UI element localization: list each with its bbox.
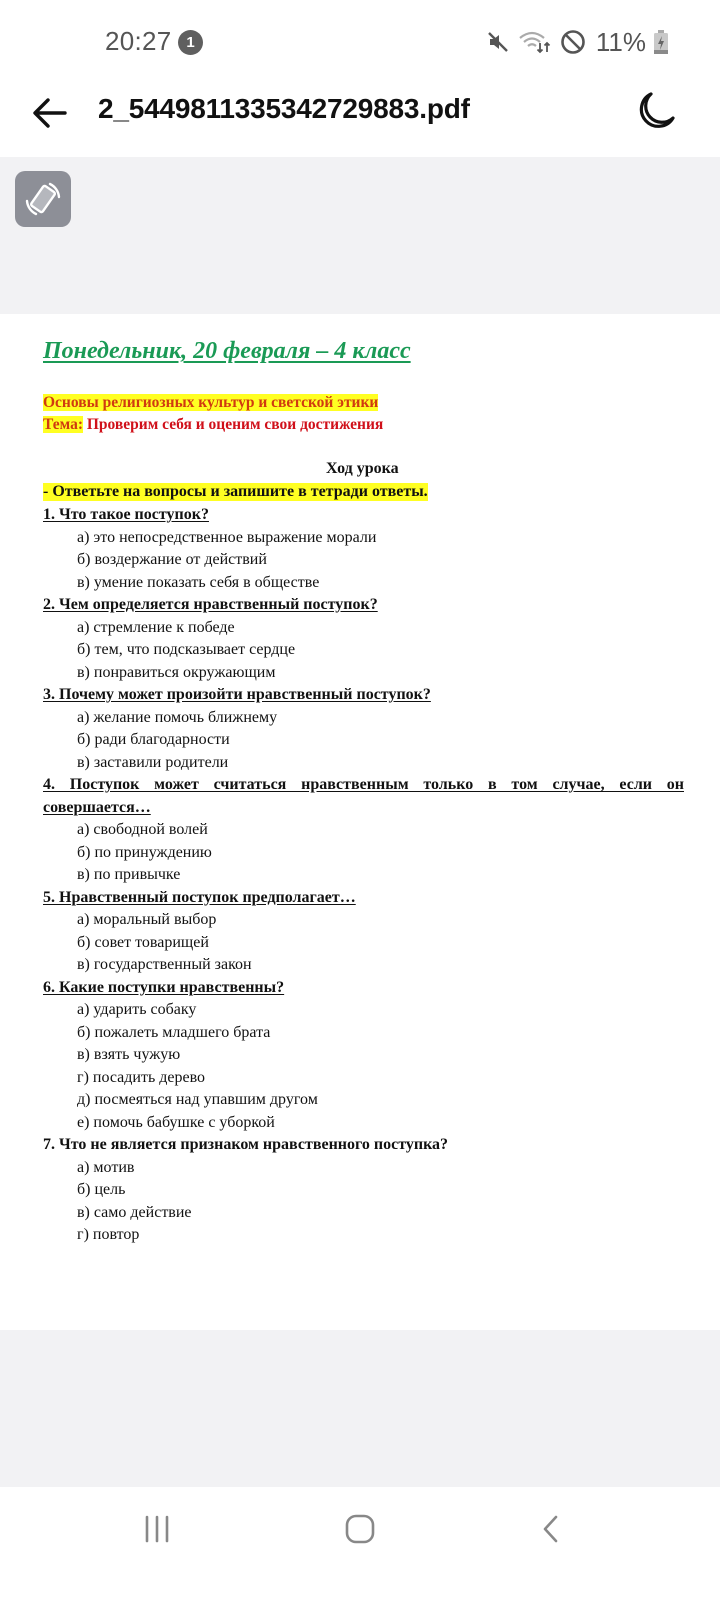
question-text: 7. Что не является признаком нравственно… bbox=[43, 1136, 448, 1153]
answer-option: а) это непосредственное выражение морали bbox=[43, 527, 684, 550]
wifi-data-icon bbox=[518, 29, 552, 55]
notification-count-badge: 1 bbox=[178, 30, 203, 55]
answer-option: а) желание помочь ближнему bbox=[43, 707, 684, 730]
question-7: 7. Что не является признаком нравственно… bbox=[43, 1134, 684, 1157]
moon-icon bbox=[634, 89, 678, 133]
arrow-left-icon bbox=[30, 93, 70, 133]
pdf-page: Понедельник, 20 февраля – 4 класс Основы… bbox=[0, 314, 720, 1330]
answer-option: в) по привычке bbox=[43, 864, 684, 887]
answer-option: а) свободной волей bbox=[43, 819, 684, 842]
back-icon bbox=[536, 1514, 566, 1544]
battery-percent: 11% bbox=[596, 27, 646, 58]
question-text: 1. Что такое поступок? bbox=[43, 506, 209, 523]
screen-rotate-icon bbox=[23, 179, 63, 219]
recent-apps-icon bbox=[142, 1514, 172, 1544]
question-6: 6. Какие поступки нравственны? bbox=[43, 977, 684, 1000]
instruction: - Ответьте на вопросы и запишите в тетра… bbox=[43, 483, 428, 501]
app-bar: 2_5449811335342729883.pdf bbox=[0, 85, 720, 157]
subject-text: Основы религиозных культур и светской эт… bbox=[43, 394, 378, 411]
answer-option: б) ради благодарности bbox=[43, 729, 684, 752]
answer-option: б) по принуждению bbox=[43, 842, 684, 865]
answer-option: в) заставили родители bbox=[43, 752, 684, 775]
answer-option: б) тем, что подсказывает сердце bbox=[43, 639, 684, 662]
rotate-screen-button[interactable] bbox=[15, 171, 71, 227]
question-text: 5. Нравственный поступок предполагает… bbox=[43, 889, 356, 906]
answer-option: в) взять чужую bbox=[43, 1044, 684, 1067]
do-not-disturb-icon bbox=[560, 29, 586, 55]
question-5: 5. Нравственный поступок предполагает… bbox=[43, 887, 684, 910]
back-nav-button[interactable] bbox=[526, 1509, 576, 1549]
answer-option: б) пожалеть младшего брата bbox=[43, 1022, 684, 1045]
answer-option: в) умение показать себя в обществе bbox=[43, 572, 684, 595]
answer-option: а) моральный выбор bbox=[43, 909, 684, 932]
question-3: 3. Почему может произойти нравственный п… bbox=[43, 684, 684, 707]
recent-apps-button[interactable] bbox=[132, 1509, 182, 1549]
answer-option: в) государственный закон bbox=[43, 954, 684, 977]
status-icons: 11% bbox=[486, 26, 668, 58]
question-text: 3. Почему может произойти нравственный п… bbox=[43, 686, 431, 703]
answer-option: а) мотив bbox=[43, 1157, 684, 1180]
theme-label: Тема: bbox=[43, 416, 83, 433]
answer-option: а) стремление к победе bbox=[43, 617, 684, 640]
question-text: 2. Чем определяется нравственный поступо… bbox=[43, 596, 378, 613]
status-time: 20:27 bbox=[105, 26, 172, 57]
answer-option: д) посмеяться над упавшим другом bbox=[43, 1089, 684, 1112]
page-heading: Понедельник, 20 февраля – 4 класс bbox=[43, 338, 411, 365]
viewer-background-bottom bbox=[0, 1330, 720, 1487]
answer-option: а) ударить собаку bbox=[43, 999, 684, 1022]
subject-line: Основы религиозных культур и светской эт… bbox=[43, 394, 378, 412]
theme-text: Проверим себя и оценим свои достижения bbox=[83, 416, 383, 433]
answer-option: б) совет товарищей bbox=[43, 932, 684, 955]
battery-charging-icon bbox=[654, 30, 668, 54]
question-text: 6. Какие поступки нравственны? bbox=[43, 979, 284, 996]
home-icon bbox=[344, 1513, 376, 1545]
home-button[interactable] bbox=[335, 1509, 385, 1549]
theme-line: Тема: Проверим себя и оценим свои достиж… bbox=[43, 416, 383, 434]
answer-option: е) помочь бабушке с уборкой bbox=[43, 1112, 684, 1135]
answer-option: г) посадить дерево bbox=[43, 1067, 684, 1090]
back-button[interactable] bbox=[30, 93, 70, 133]
question-2: 2. Чем определяется нравственный поступо… bbox=[43, 594, 684, 617]
question-4: 4. Поступок может считаться нравственным… bbox=[43, 774, 684, 819]
document-title: 2_5449811335342729883.pdf bbox=[98, 93, 470, 125]
lesson-title: Ход урока bbox=[326, 460, 399, 478]
navigation-bar bbox=[0, 1487, 720, 1600]
answer-option: б) воздержание от действий bbox=[43, 549, 684, 572]
mute-icon bbox=[486, 30, 510, 54]
answer-option: б) цель bbox=[43, 1179, 684, 1202]
question-list: 1. Что такое поступок?а) это непосредств… bbox=[43, 504, 684, 1247]
viewer-background-top bbox=[0, 157, 720, 314]
night-mode-button[interactable] bbox=[634, 89, 678, 133]
status-bar: 20:27 1 11% bbox=[0, 0, 720, 85]
question-1: 1. Что такое поступок? bbox=[43, 504, 684, 527]
answer-option: г) повтор bbox=[43, 1224, 684, 1247]
question-text: 4. Поступок может считаться нравственным… bbox=[43, 776, 684, 816]
answer-option: в) само действие bbox=[43, 1202, 684, 1225]
answer-option: в) понравиться окружающим bbox=[43, 662, 684, 685]
